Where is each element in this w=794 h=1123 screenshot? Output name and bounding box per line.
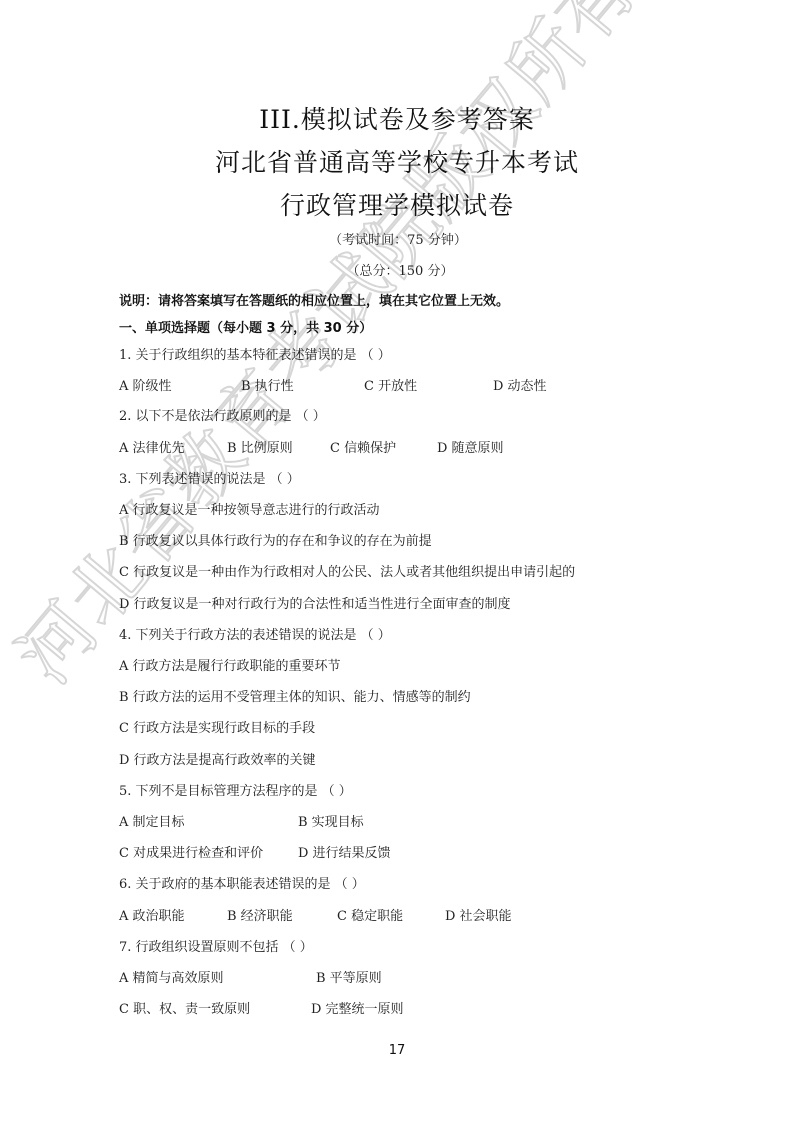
q3-option-b: B 行政复议以具体行政行为的存在和争议的存在为前提 [119,530,432,549]
q7-option-d: D 完整统一原则 [311,998,404,1017]
total-score: （总分：150 分） [3,260,794,279]
q3-option-c: C 行政复议是一种由作为行政相对人的公民、法人或者其他组织提出申请引起的 [119,561,575,580]
question-stem-6: 6. 关于政府的基本职能表述错误的是 （ ） [119,873,365,892]
q1-option-a: A 阶级性 [119,375,172,394]
q6-option-d: D 社会职能 [445,905,512,924]
q5-option-b: B 实现目标 [298,811,364,830]
question-stem-7: 7. 行政组织设置原则不包括 （ ） [119,936,313,955]
q3-option-d: D 行政复议是一种对行政行为的合法性和适当性进行全面审查的制度 [119,593,511,612]
q2-option-a: A 法律优先 [119,437,185,456]
question-stem-1: 1. 关于行政组织的基本特征表述错误的是 （ ） [119,344,391,363]
q3-option-a: A 行政复议是一种按领导意志进行的行政活动 [119,499,380,518]
q6-option-c: C 稳定职能 [337,905,403,924]
q6-option-b: B 经济职能 [227,905,293,924]
q2-option-d: D 随意原则 [437,437,504,456]
q2-option-b: B 比例原则 [227,437,293,456]
q7-option-a: A 精简与高效原则 [119,967,224,986]
exam-time: （考试时间：75 分钟） [1,229,794,248]
exam-name-title: 河北省普通高等学校专升本考试 [0,143,794,179]
question-stem-5: 5. 下列不是目标管理方法程序的是 （ ） [119,780,352,799]
document-title-section: III.模拟试卷及参考答案 [0,100,794,136]
q7-option-b: B 平等原则 [316,967,382,986]
q7-option-c: C 职、权、责一致原则 [119,998,250,1017]
q4-option-b: B 行政方法的运用不受管理主体的知识、能力、情感等的制约 [119,686,471,705]
question-stem-3: 3. 下列表述错误的说法是 （ ） [119,468,300,487]
section-heading: 一、单项选择题（每小题 3 分，共 30 分） [119,317,372,336]
q1-option-d: D 动态性 [493,375,547,394]
question-stem-2: 2. 以下不是依法行政原则的是 （ ） [119,405,326,424]
q4-option-d: D 行政方法是提高行政效率的关键 [119,749,316,768]
q1-option-c: C 开放性 [364,375,417,394]
paper-subject-title: 行政管理学模拟试卷 [0,186,794,222]
q4-option-a: A 行政方法是履行行政职能的重要环节 [119,655,341,674]
q2-option-c: C 信赖保护 [330,437,396,456]
page-number: 17 [0,1043,794,1058]
q5-option-d: D 进行结果反馈 [298,842,391,861]
exam-page: 河北省教育考试院版权所有 III.模拟试卷及参考答案 河北省普通高等学校专升本考… [0,0,794,1123]
q4-option-c: C 行政方法是实现行政目标的手段 [119,717,315,736]
q5-option-c: C 对成果进行检查和评价 [119,842,263,861]
question-stem-4: 4. 下列关于行政方法的表述错误的说法是 （ ） [119,624,391,643]
q1-option-b: B 执行性 [241,375,294,394]
instructions: 说明：请将答案填写在答题纸的相应位置上，填在其它位置上无效。 [119,290,509,309]
q6-option-a: A 政治职能 [119,905,185,924]
q5-option-a: A 制定目标 [119,811,185,830]
